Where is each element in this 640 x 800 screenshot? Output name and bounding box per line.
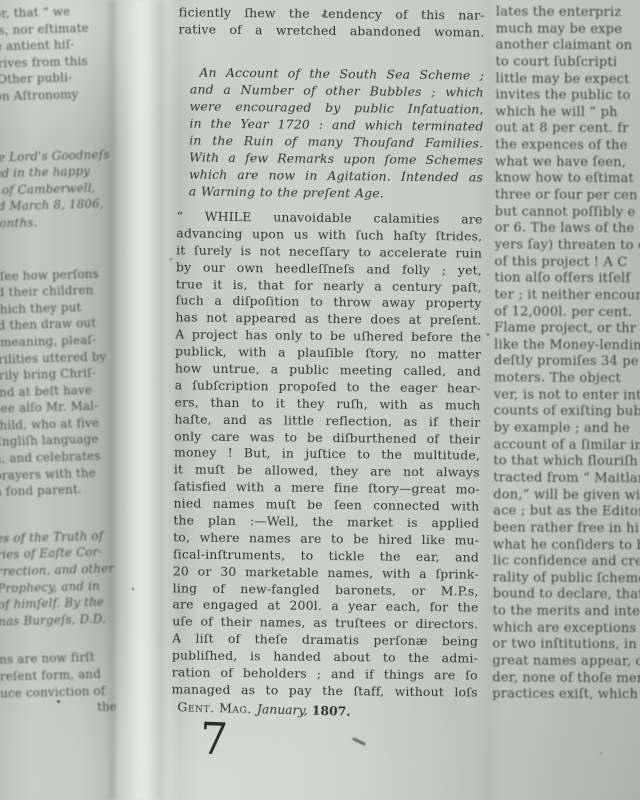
text-line: account of a ſimilar in [493,437,640,455]
main-text-column: ficiently ſhew the tendency of this nar-… [171,4,484,720]
ink-speck [132,588,134,590]
text-line: to court ſubſcripti [495,54,640,72]
text-line: which he will “ ph [495,104,640,122]
text-line: Months. [0,212,111,232]
text-line: ter ; it neither encour [494,287,640,305]
left-paragraph-2: the Lord's Goodneſsfied in the happyn, o… [0,146,111,232]
text-line: or two inſtitutions, in [492,637,640,655]
text-line: but cannot poſſibly e [495,204,640,222]
text-line: e on Aſtronomy [0,85,108,105]
text-line: deſtly promiſes 34 pe [494,354,640,372]
binding-gutter [126,0,166,800]
left-paragraph-5: ns are now firſtreſent form, anduce conv… [0,649,124,702]
stray-ink-mark [352,737,366,746]
ink-speck [170,258,172,260]
text-line: n, and celebrates [0,447,118,467]
text-line: which are exceptions ; [493,620,640,638]
text-line: rality of public ſchemes [493,570,640,588]
text-line: practices exiſt, which h [492,687,640,705]
text-line: by example ; and he [494,420,640,438]
text-line: been rather free in hi [493,520,640,538]
book-page-photo: thor, that “ wenits, nor eſtimatethe ant… [0,0,640,800]
text-line: much may be expe [496,21,640,39]
text-line: of this project ! A C [494,254,640,272]
text-line: the expences of the [495,138,640,156]
footer-month: January, [257,701,308,717]
text-line: rative of a wretched abandoned woman. [178,21,484,41]
text-line: to that which flouriſh [493,454,640,472]
footer-year: 1807. [312,702,351,718]
text-line: little may be expect [495,71,640,89]
text-line: like the Money-lendin [494,337,640,355]
text-line: don,” will be given wi [493,487,640,505]
right-page-column: lates the enterprizmuch may be expeanoth… [492,4,640,704]
text-line: tion alſo offers itſelf [494,271,640,289]
text-line: invites the public to [495,88,640,106]
text-line: of 12,000l. per cent. [494,304,640,322]
text-line: a Warning to the preſent Age. [189,183,483,203]
article-body: “ WHILE unavoidable calamities areadvanc… [171,208,482,701]
text-line: ied March 8, 1806, [0,196,111,216]
text-line: what we have ſeen, [495,154,640,172]
right-paragraph: lates the enterprizmuch may be expeanoth… [492,4,640,704]
text-line: another claimant on [496,38,640,56]
text-line: out at 8 per cent. fr [495,121,640,139]
text-line: tracted from “ Maitlan [493,470,640,488]
text-line: nas Burgeſs, D.D. [0,610,122,630]
text-line: know how to eſtimat [495,171,640,189]
text-line: lic confidence and credu [493,554,640,572]
text-line: ace ; but as the Editor [493,504,640,522]
left-page-column: thor, that “ wenits, nor eſtimatethe ant… [0,2,125,718]
text-line: three or four per cen [495,187,640,205]
text-line: ver, is not to enter int [494,387,640,405]
catchword: the [1,698,125,718]
text-line: yers ſay) threaten to c [495,237,640,255]
text-line: bound to declare, that h [493,587,640,605]
left-paragraph-1: thor, that “ wenits, nor eſtimatethe ant… [0,2,108,105]
intro-paragraph: ficiently ſhew the tendency of this nar-… [178,4,484,40]
ink-speck [322,14,325,17]
left-paragraph-4: es of the Truth ofries of Eaſte Cor-rrec… [0,527,122,630]
text-line: moters. The object [494,371,640,389]
signature-number: 7 [199,714,229,766]
text-line: or 6. The laws of the [495,221,640,239]
text-line: der, none of thoſe merc [492,670,640,688]
text-line: great names appear, of [492,653,640,671]
text-line: counts of exiſting bub [494,404,640,422]
text-line: Flame project, or thr [494,321,640,339]
ink-speck [57,700,60,703]
text-line: a fond parent. [0,480,119,500]
ink-speck [600,752,602,754]
text-line: lates the enterpriz [496,4,640,22]
ink-speck [365,17,367,19]
text-line: what he conſiders to be [493,537,640,555]
text-line: rrection, and other [0,560,121,580]
ink-speck [487,333,489,336]
article-heading: 9. An Account of the South Sea Scheme ;a… [177,63,484,202]
left-paragraph-3: o ſee how perſonsnd their childrenwhich … [0,265,119,501]
text-line: to the merits and integ [493,603,640,621]
